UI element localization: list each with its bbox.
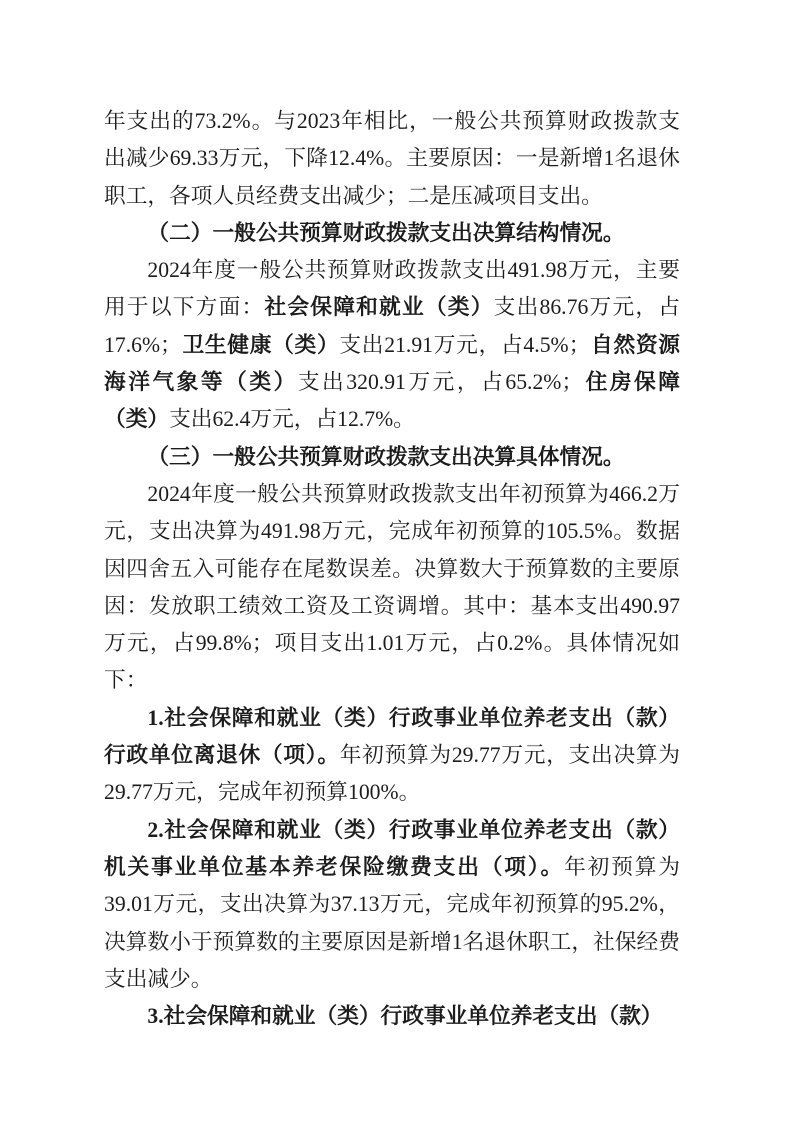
section-heading: （三）一般公共预算财政拨款支出决算具体情况。 <box>104 439 680 476</box>
text-run: 2024年度一般公共预算财政拨款支出年初预算为466.2万元，支出决算为491.… <box>104 482 680 692</box>
paragraph: 2.社会保障和就业（类）行政事业单位养老支出（款）机关事业单位基本养老保险缴费支… <box>104 812 680 998</box>
text-run: 年支出的73.2%。与2023年相比，一般公共预算财政拨款支出减少69.33万元… <box>104 109 680 208</box>
bold-text-run: （二）一般公共预算财政拨款支出决算结构情况。 <box>147 221 624 245</box>
document-body: 年支出的73.2%。与2023年相比，一般公共预算财政拨款支出减少69.33万元… <box>104 103 680 1035</box>
paragraph: 2024年度一般公共预算财政拨款支出491.98万元，主要用于以下方面：社会保障… <box>104 252 680 438</box>
bold-text-run: （三）一般公共预算财政拨款支出决算具体情况。 <box>147 445 624 469</box>
text-run: 支出21.91万元，占4.5%； <box>339 333 590 357</box>
bold-text-run: 卫生健康（类） <box>182 333 340 357</box>
bold-text-run: 3.社会保障和就业（类）行政事业单位养老支出（款） <box>147 1004 662 1028</box>
paragraph: 年支出的73.2%。与2023年相比，一般公共预算财政拨款支出减少69.33万元… <box>104 103 680 215</box>
paragraph: 2024年度一般公共预算财政拨款支出年初预算为466.2万元，支出决算为491.… <box>104 476 680 700</box>
paragraph: 1.社会保障和就业（类）行政事业单位养老支出（款）行政单位离退休（项）。年初预算… <box>104 700 680 812</box>
section-heading: （二）一般公共预算财政拨款支出决算结构情况。 <box>104 215 680 252</box>
text-run: 支出62.4万元，占12.7%。 <box>169 407 415 431</box>
text-run: 支出320.91万元，占65.2%； <box>298 370 583 394</box>
paragraph: 3.社会保障和就业（类）行政事业单位养老支出（款） <box>104 998 680 1035</box>
bold-text-run: 社会保障和就业（类） <box>264 295 493 319</box>
document-page: 年支出的73.2%。与2023年相比，一般公共预算财政拨款支出减少69.33万元… <box>0 0 793 1122</box>
